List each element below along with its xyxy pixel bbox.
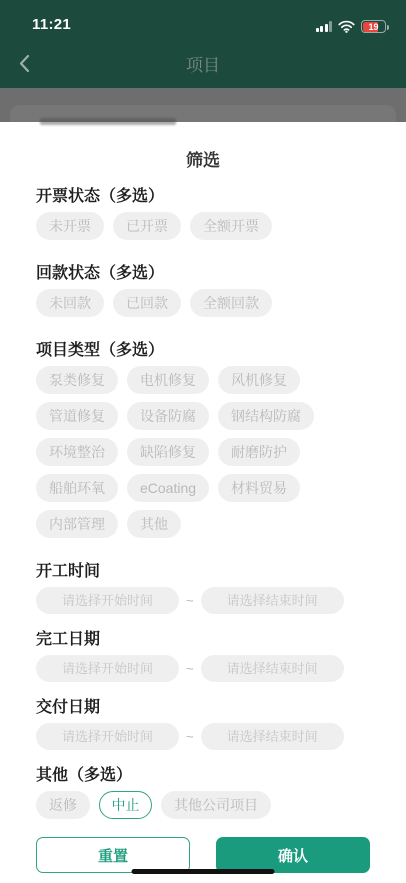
other-option-2[interactable]: 其他公司项目 <box>161 791 271 819</box>
battery-percent: 19 <box>362 21 385 32</box>
invoice-status-options: 未开票 已开票 全额开票 <box>36 212 370 248</box>
delivery-date-end-picker[interactable]: 请选择结束时间 <box>201 723 344 750</box>
project-type-option-12[interactable]: 内部管理 <box>36 510 118 538</box>
confirm-button[interactable]: 确认 <box>216 837 370 873</box>
date-range-separator: ~ <box>186 661 194 676</box>
page-title: 项目 <box>186 51 220 76</box>
invoice-status-label: 开票状态（多选） <box>36 183 370 206</box>
project-type-option-10[interactable]: eCoating <box>127 474 209 502</box>
project-type-option-11[interactable]: 材料贸易 <box>218 474 300 502</box>
reset-button[interactable]: 重置 <box>36 837 190 873</box>
project-type-option-3[interactable]: 管道修复 <box>36 402 118 430</box>
completion-date-label: 完工日期 <box>36 626 370 649</box>
project-type-option-5[interactable]: 钢结构防腐 <box>218 402 314 430</box>
cellular-signal-icon <box>316 21 333 32</box>
payment-status-options: 未回款 已回款 全额回款 <box>36 289 370 325</box>
status-icons: 19 <box>316 20 387 33</box>
date-range-separator: ~ <box>186 593 194 608</box>
completion-date-end-picker[interactable]: 请选择结束时间 <box>201 655 344 682</box>
payment-status-option-0[interactable]: 未回款 <box>36 289 104 317</box>
other-option-1-selected[interactable]: 中止 <box>99 791 152 819</box>
status-bar: 11:21 19 <box>0 0 406 38</box>
start-time-begin-picker[interactable]: 请选择开始时间 <box>36 587 179 614</box>
other-option-0[interactable]: 返修 <box>36 791 90 819</box>
project-type-option-7[interactable]: 缺陷修复 <box>127 438 209 466</box>
project-type-option-4[interactable]: 设备防腐 <box>127 402 209 430</box>
dimmed-backdrop[interactable] <box>0 88 406 122</box>
delivery-date-begin-picker[interactable]: 请选择开始时间 <box>36 723 179 750</box>
sheet-title: 筛选 <box>36 146 370 171</box>
invoice-status-option-2[interactable]: 全额开票 <box>190 212 272 240</box>
start-time-range: 请选择开始时间 ~ 请选择结束时间 <box>36 587 370 614</box>
project-type-options: 泵类修复 电机修复 风机修复 管道修复 设备防腐 钢结构防腐 环境整治 缺陷修复… <box>36 366 370 546</box>
dimmed-content-hint <box>40 118 176 125</box>
battery-icon: 19 <box>361 20 386 33</box>
back-button[interactable] <box>10 47 38 79</box>
other-options: 返修 中止 其他公司项目 <box>36 791 370 827</box>
sheet-actions: 重置 确认 <box>36 837 370 873</box>
project-type-option-6[interactable]: 环境整治 <box>36 438 118 466</box>
completion-date-begin-picker[interactable]: 请选择开始时间 <box>36 655 179 682</box>
filter-sheet: 筛选 开票状态（多选） 未开票 已开票 全额开票 回款状态（多选） 未回款 已回… <box>0 122 406 883</box>
delivery-date-range: 请选择开始时间 ~ 请选择结束时间 <box>36 723 370 750</box>
project-type-option-13[interactable]: 其他 <box>127 510 181 538</box>
other-label: 其他（多选） <box>36 762 370 785</box>
clock: 11:21 <box>32 16 71 33</box>
home-indicator[interactable] <box>132 869 275 874</box>
payment-status-label: 回款状态（多选） <box>36 260 370 283</box>
project-type-option-9[interactable]: 船舶环氧 <box>36 474 118 502</box>
invoice-status-option-0[interactable]: 未开票 <box>36 212 104 240</box>
phone-screen: 11:21 19 项目 <box>0 0 406 883</box>
payment-status-option-2[interactable]: 全额回款 <box>190 289 272 317</box>
project-type-option-0[interactable]: 泵类修复 <box>36 366 118 394</box>
project-type-label: 项目类型（多选） <box>36 337 370 360</box>
chevron-left-icon <box>19 54 30 73</box>
start-time-label: 开工时间 <box>36 558 370 581</box>
project-type-option-8[interactable]: 耐磨防护 <box>218 438 300 466</box>
date-range-separator: ~ <box>186 729 194 744</box>
completion-date-range: 请选择开始时间 ~ 请选择结束时间 <box>36 655 370 682</box>
project-type-option-1[interactable]: 电机修复 <box>127 366 209 394</box>
nav-bar: 项目 <box>0 38 406 88</box>
start-time-end-picker[interactable]: 请选择结束时间 <box>201 587 344 614</box>
delivery-date-label: 交付日期 <box>36 694 370 717</box>
payment-status-option-1[interactable]: 已回款 <box>113 289 181 317</box>
wifi-icon <box>338 20 355 33</box>
project-type-option-2[interactable]: 风机修复 <box>218 366 300 394</box>
invoice-status-option-1[interactable]: 已开票 <box>113 212 181 240</box>
